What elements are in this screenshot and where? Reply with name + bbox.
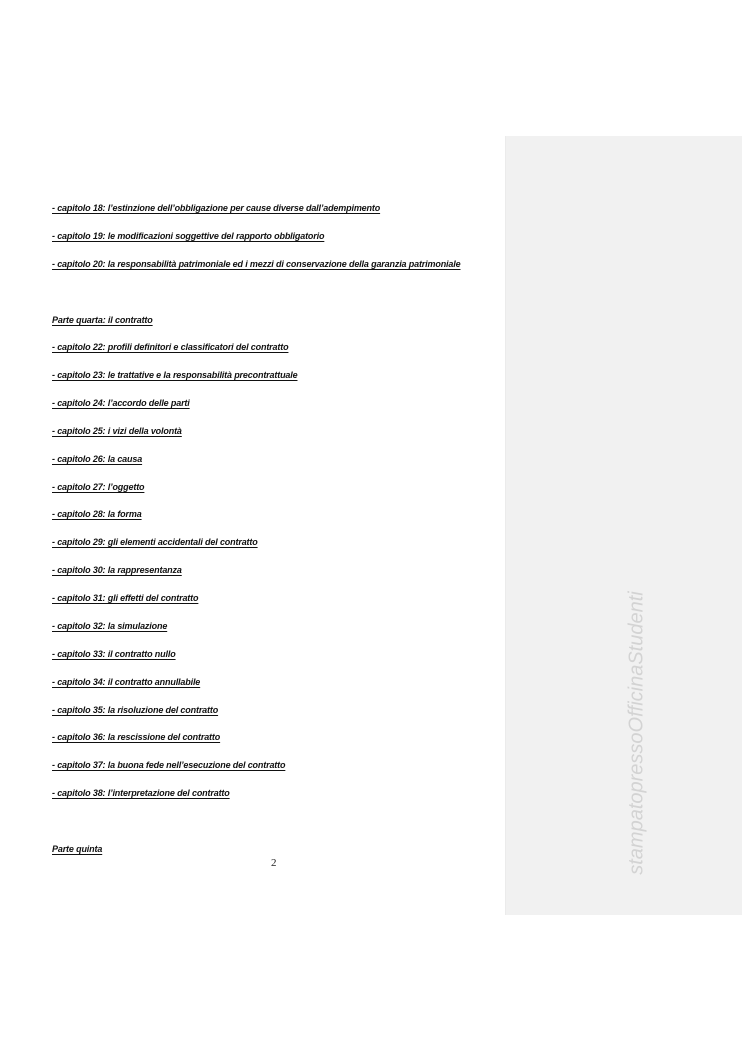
- toc-link-capitolo-24[interactable]: - capitolo 24: l’accordo delle parti: [52, 398, 190, 409]
- comment-margin-pane: [505, 136, 742, 915]
- toc-section-parte-quinta[interactable]: Parte quinta: [52, 844, 102, 855]
- toc-link-capitolo-18[interactable]: - capitolo 18: l’estinzione dell’obbliga…: [52, 203, 380, 214]
- toc-link-capitolo-30[interactable]: - capitolo 30: la rappresentanza: [52, 565, 182, 576]
- watermark-text: stampatopressoOfficinaStudenti: [626, 591, 649, 875]
- toc-link-capitolo-25[interactable]: - capitolo 25: i vizi della volontà: [52, 426, 182, 437]
- toc-link-capitolo-31[interactable]: - capitolo 31: gli effetti del contratto: [52, 593, 198, 604]
- toc-link-capitolo-28[interactable]: - capitolo 28: la forma: [52, 509, 142, 520]
- toc-link-capitolo-26[interactable]: - capitolo 26: la causa: [52, 454, 142, 465]
- toc-link-capitolo-37[interactable]: - capitolo 37: la buona fede nell’esecuz…: [52, 760, 285, 771]
- document-page: - capitolo 18: l’estinzione dell’obbliga…: [0, 0, 744, 1052]
- toc-section-parte-quarta[interactable]: Parte quarta: il contratto: [52, 315, 153, 326]
- toc-link-capitolo-29[interactable]: - capitolo 29: gli elementi accidentali …: [52, 537, 258, 548]
- toc-link-capitolo-19[interactable]: - capitolo 19: le modificazioni soggetti…: [52, 231, 324, 242]
- toc-link-capitolo-20[interactable]: - capitolo 20: la responsabilità patrimo…: [52, 259, 460, 270]
- toc-link-capitolo-32[interactable]: - capitolo 32: la simulazione: [52, 621, 167, 632]
- toc-link-capitolo-34[interactable]: - capitolo 34: il contratto annullabile: [52, 677, 200, 688]
- toc-link-capitolo-23[interactable]: - capitolo 23: le trattative e la respon…: [52, 370, 297, 381]
- toc-link-capitolo-35[interactable]: - capitolo 35: la risoluzione del contra…: [52, 705, 218, 716]
- toc-link-capitolo-27[interactable]: - capitolo 27: l’oggetto: [52, 482, 144, 493]
- toc-link-capitolo-36[interactable]: - capitolo 36: la rescissione del contra…: [52, 732, 220, 743]
- toc-link-capitolo-38[interactable]: - capitolo 38: l’interpretazione del con…: [52, 788, 230, 799]
- toc-link-capitolo-22[interactable]: - capitolo 22: profili definitori e clas…: [52, 342, 288, 353]
- page-number: 2: [271, 857, 277, 869]
- toc-link-capitolo-33[interactable]: - capitolo 33: il contratto nullo: [52, 649, 176, 660]
